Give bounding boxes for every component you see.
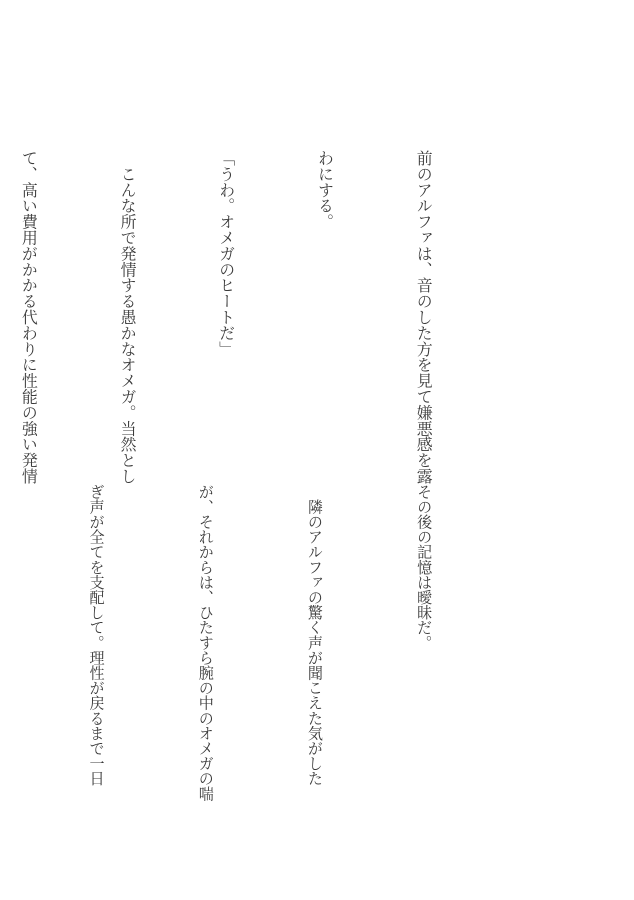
book-page: 前のアルファは、音のした方を見て嫌悪感を露 わにする。 「うわ。オメガのヒートだ… [0,0,634,900]
text-column: わにする。 [308,150,341,442]
text-block-bottom: その後の記憶は曖昧だ。 隣のアルファの驚く声が聞こえた気がした が、それからは、… [0,484,515,764]
text-column: 前のアルファは、音のした方を見て嫌悪感を露 [406,150,439,442]
text-column: 中、オメガの身体を、出会ってしまった運命の [0,484,5,764]
text-column: ぎ声が全てを支配して。理性が戻るまで一日 [78,484,114,764]
text-column: が、それからは、ひたすら腕の中のオメガの喘 [187,484,223,764]
text-block-top: 前のアルファは、音のした方を見て嫌悪感を露 わにする。 「うわ。オメガのヒートだ… [0,150,505,442]
text-column: 隣のアルファの驚く声が聞こえた気がした [297,484,333,764]
text-column: て、高い費用がかかる代わりに性能の強い発情 [11,150,44,442]
text-column: こんな所で発情する愚かなオメガ。当然とし [110,150,143,442]
dialogue-column: 「うわ。オメガのヒートだ」 [209,150,242,442]
text-column: その後の記憶は曖昧だ。 [406,484,442,764]
